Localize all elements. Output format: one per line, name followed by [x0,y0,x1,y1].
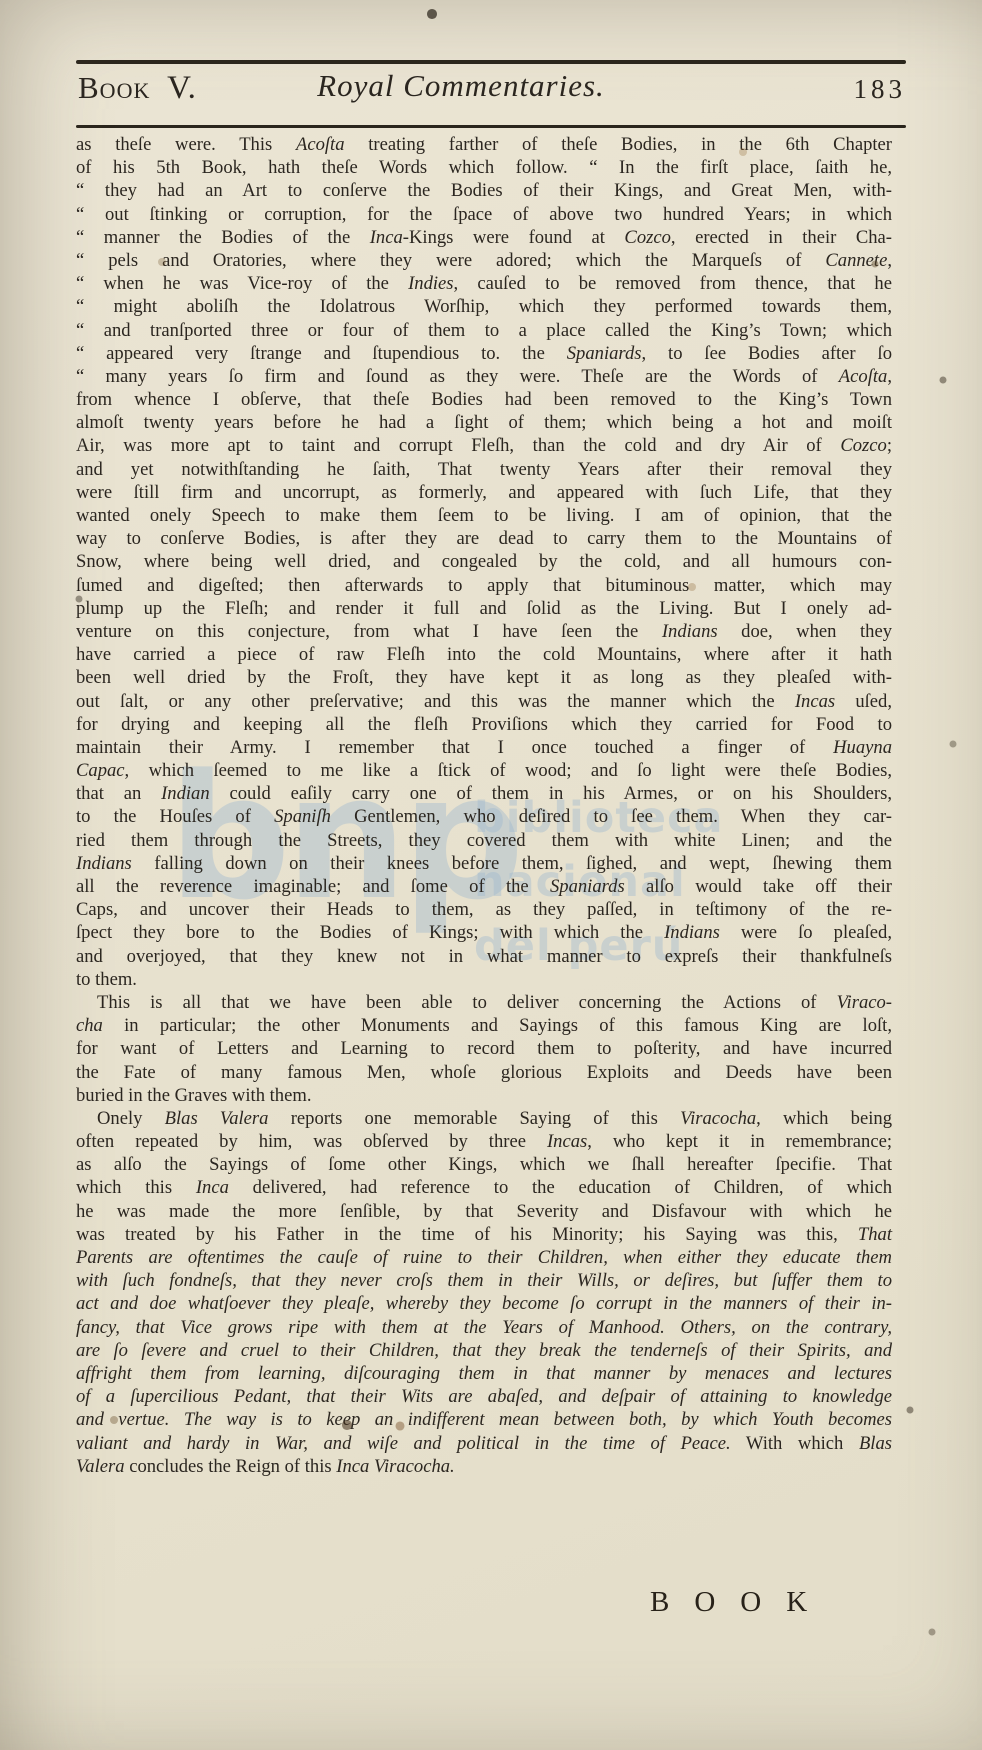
text-segment: falling down on their knees before them,… [132,853,892,874]
text-segment: all the reverence imaginable; and ſome o… [76,876,550,897]
text-segment: “ and tranſported three or four of them … [76,320,892,341]
text-line: he was made the more ſenſible, by that S… [76,1200,892,1223]
text-segment: Indians [664,922,720,943]
text-line: This is all that we have been able to de… [76,991,892,1014]
text-segment: Inca [196,1177,229,1198]
text-segment: alſo would take off their [625,876,892,897]
text-line: “ they had an Art to conſerve the Bodies… [76,179,892,202]
text-segment: valiant and hardy in War, and wiſe and p… [76,1433,731,1454]
text-segment: “ appeared very ſtrange and ſtupendious … [76,343,567,364]
text-line: for drying and keeping all the fleſh Pro… [76,713,892,736]
text-line: act and doe whatſoever they pleaſe, wher… [76,1292,892,1315]
text-segment: Parents are oftentimes the cauſe of ruin… [76,1247,892,1268]
text-line: out ſalt, or any other preſervative; and… [76,690,892,713]
text-segment: cha [76,1015,103,1036]
text-line: affright them from learning, diſcouragin… [76,1362,892,1385]
text-segment: that an [76,783,161,804]
text-segment: Blas [859,1433,892,1454]
text-segment: could eaſily carry one of them in his Ar… [210,783,892,804]
text-line: been well dried by the Froſt, they have … [76,666,892,689]
text-line: to them. [76,968,892,991]
text-segment: ſpect they bore to the Bodies of Kings; … [76,922,664,943]
text-line: wanted onely Speech to make them ſeem to… [76,504,892,527]
text-segment: plump up the Fleſh; and render it full a… [76,598,892,619]
text-line: way to conſerve Bodies, is after they ar… [76,527,892,550]
text-line: fancy, that Vice grows ripe with them at… [76,1316,892,1339]
text-line: from whence I obſerve, that theſe Bodies… [76,388,892,411]
text-segment: ried them through the Streets, they cove… [76,830,892,851]
text-line: the Fate of many famous Men, whoſe glori… [76,1061,892,1084]
text-line: was treated by his Father in the time of… [76,1223,892,1246]
text-segment: and overjoyed, that they knew not in wha… [76,946,892,967]
text-line: buried in the Graves with them. [76,1084,892,1107]
text-segment: “ when he was Vice-roy of the [76,273,408,294]
text-segment: concludes the Reign of this [125,1456,337,1477]
text-segment: “ might aboliſh the Idolatrous Worſhip, … [76,296,892,317]
text-segment: Spaniards [550,876,625,897]
text-line: almoſt twenty years before he had a ſigh… [76,411,892,434]
text-segment: , [887,366,892,387]
text-segment: fancy, that Vice grows ripe with them at… [76,1317,892,1338]
text-segment: which this [76,1177,196,1198]
text-segment: the Fate of many famous Men, whoſe glori… [76,1062,892,1083]
text-line: and vertue. The way is to keep an indiff… [76,1408,892,1431]
text-line: Caps, and uncover their Heads to them, a… [76,898,892,921]
text-segment: and yet notwithſtanding he ſaith, That t… [76,459,892,480]
text-segment: as alſo the Sayings of ſome other Kings,… [76,1154,892,1175]
text-line: “ out ſtinking or corruption, for the ſp… [76,203,892,226]
text-line: “ pels and Oratories, where they were ad… [76,249,892,272]
text-segment: This is all that we have been able to de… [97,992,837,1013]
text-line: ſumed and digeſted; then afterwards to a… [76,574,892,597]
text-segment: Spaniſh [274,806,331,827]
text-segment: -Kings were found at [403,227,625,248]
text-segment: and vertue. The way is to keep an indiff… [76,1409,892,1430]
text-segment: Cozco [624,227,670,248]
text-segment: Acoſta [839,366,888,387]
catchword: BOOK [650,1586,832,1619]
text-segment: Huayna [833,737,892,758]
text-segment: Viracocha [680,1108,756,1129]
text-segment: Indian [161,783,210,804]
text-segment: out ſalt, or any other preſervative; and… [76,691,795,712]
text-segment: Inca Viracocha. [336,1456,454,1477]
text-line: “ appeared very ſtrange and ſtupendious … [76,342,892,365]
text-segment: “ out ſtinking or corruption, for the ſp… [76,204,892,225]
text-segment: uſed, [835,691,892,712]
text-line: all the reverence imaginable; and ſome o… [76,875,892,898]
text-line: “ many years ſo firm and ſound as they w… [76,365,892,388]
text-segment: been well dried by the Froſt, they have … [76,667,892,688]
paper-specks [0,0,4,4]
text-line: which this Inca delivered, had reference… [76,1176,892,1199]
text-line: Onely Blas Valera reports one memorable … [76,1107,892,1130]
text-segment: delivered, had reference to the educatio… [229,1177,892,1198]
running-title: Royal Commentaries. [76,68,846,104]
text-segment: Cannete [825,250,887,271]
text-segment: , cauſed to be removed from thence, that… [454,273,892,294]
text-line: are ſo ſevere and cruel to their Childre… [76,1339,892,1362]
text-segment: , which being [756,1108,892,1129]
text-line: as alſo the Sayings of ſome other Kings,… [76,1153,892,1176]
text-line: Capac, which ſeemed to me like a ſtick o… [76,759,892,782]
text-segment: Capac [76,760,125,781]
text-segment: Snow, where being well dried, and congea… [76,551,892,572]
text-segment: , who kept it in remembrance; [587,1131,892,1152]
text-line: Snow, where being well dried, and congea… [76,550,892,573]
text-segment: Caps, and uncover their Heads to them, a… [76,899,892,920]
text-line: and yet notwithſtanding he ſaith, That t… [76,458,892,481]
text-line: Air, was more apt to taint and corrupt F… [76,434,892,457]
text-segment: to the Houſes of [76,806,274,827]
text-line: maintain their Army. I remember that I o… [76,736,892,759]
text-line: Valera concludes the Reign of this Inca … [76,1455,892,1478]
text-segment: wanted onely Speech to make them ſeem to… [76,505,892,526]
text-line: and overjoyed, that they knew not in wha… [76,945,892,968]
text-segment: was treated by his Father in the time of… [76,1224,858,1245]
text-line: venture on this conjecture, from what I … [76,620,892,643]
text-segment: Cozco [840,435,886,456]
text-line: often repeated by him, was obſerved by t… [76,1130,892,1153]
text-line: ſpect they bore to the Bodies of Kings; … [76,921,892,944]
text-segment: have carried a piece of raw Fleſh into t… [76,644,892,665]
text-segment: are ſo ſevere and cruel to their Childre… [76,1340,892,1361]
text-segment: treating farther of theſe Bodies, in the… [345,134,892,155]
text-line: Indians falling down on their knees befo… [76,852,892,875]
text-segment: to them. [76,969,137,990]
text-segment: Air, was more apt to taint and corrupt F… [76,435,840,456]
page-header: Book V. Royal Commentaries. 183 [76,66,906,118]
text-segment: , [887,250,892,271]
text-line: of his 5th Book, hath theſe Words which … [76,156,892,179]
text-segment: with ſuch fondneſs, that they never croſ… [76,1270,892,1291]
header-top-rule [76,60,906,64]
text-segment: Spaniards [567,343,642,364]
text-segment: often repeated by him, was obſerved by t… [76,1131,547,1152]
text-line: were ſtill firm and uncorrupt, as former… [76,481,892,504]
text-segment: of his 5th Book, hath theſe Words which … [76,157,892,178]
text-segment: affright them from learning, diſcouragin… [76,1363,892,1384]
header-bottom-rule [76,125,906,128]
text-segment: ; [887,435,892,456]
text-segment: Gentlemen, who deſired to ſee them. When… [331,806,892,827]
text-line: “ and tranſported three or four of them … [76,319,892,342]
text-segment: were ſtill firm and uncorrupt, as former… [76,482,892,503]
text-segment: were ſo pleaſed, [720,922,892,943]
text-segment: Inca [370,227,403,248]
page-number: 183 [854,74,907,105]
text-line: plump up the Fleſh; and render it full a… [76,597,892,620]
text-segment: for drying and keeping all the fleſh Pro… [76,714,892,735]
text-line: to the Houſes of Spaniſh Gentlemen, who … [76,805,892,828]
text-segment: way to conſerve Bodies, is after they ar… [76,528,892,549]
text-line: as theſe were. This Acoſta treating fart… [76,133,892,156]
text-segment: buried in the Graves with them. [76,1085,311,1106]
text-segment: Incas [547,1131,587,1152]
text-line: with ſuch fondneſs, that they never croſ… [76,1269,892,1292]
text-line: “ might aboliſh the Idolatrous Worſhip, … [76,295,892,318]
text-line: cha in particular; the other Monuments a… [76,1014,892,1037]
text-segment: of a ſupercilious Pedant, that their Wit… [76,1386,892,1407]
text-line: for want of Letters and Learning to reco… [76,1037,892,1060]
text-segment: “ they had an Art to conſerve the Bodies… [76,180,892,201]
text-segment: “ manner the Bodies of the [76,227,370,248]
text-segment: , to ſee Bodies after ſo [641,343,892,364]
text-segment: , which ſeemed to me like a ſtick of woo… [125,760,892,781]
text-segment: for want of Letters and Learning to reco… [76,1038,892,1059]
text-line: valiant and hardy in War, and wiſe and p… [76,1432,892,1455]
text-segment: Valera [76,1456,125,1477]
text-segment: “ many years ſo firm and ſound as they w… [76,366,839,387]
text-line: ried them through the Streets, they cove… [76,829,892,852]
text-line: “ when he was Vice-roy of the Indies, ca… [76,272,892,295]
text-segment: Indies [408,273,453,294]
text-segment: “ pels and Oratories, where they were ad… [76,250,825,271]
text-segment: ſumed and digeſted; then afterwards to a… [76,575,892,596]
text-segment: Viraco- [837,992,892,1013]
text-segment: Onely [97,1108,165,1129]
text-segment: venture on this conjecture, from what I … [76,621,662,642]
book-page: bnp biblioteca nacional del perú Book V.… [0,0,982,1750]
text-segment: from whence I obſerve, that theſe Bodies… [76,389,892,410]
text-segment: Indians [662,621,718,642]
text-segment: reports one memorable Saying of this [268,1108,680,1129]
body-text: as theſe were. This Acoſta treating fart… [76,133,892,1478]
text-line: “ manner the Bodies of the Inca-Kings we… [76,226,892,249]
text-segment: With which [731,1433,859,1454]
text-segment: doe, when they [718,621,892,642]
text-segment: Indians [76,853,132,874]
text-line: of a ſupercilious Pedant, that their Wit… [76,1385,892,1408]
text-segment: , erected in their Cha- [671,227,892,248]
text-segment: Acoſta [296,134,345,155]
text-line: Parents are oftentimes the cauſe of ruin… [76,1246,892,1269]
text-segment: Incas [795,691,835,712]
text-line: have carried a piece of raw Fleſh into t… [76,643,892,666]
text-segment: as theſe were. This [76,134,296,155]
text-segment: almoſt twenty years before he had a ſigh… [76,412,892,433]
text-segment: Blas Valera [165,1108,269,1129]
text-segment: maintain their Army. I remember that I o… [76,737,833,758]
text-segment: That [858,1224,892,1245]
text-line: that an Indian could eaſily carry one of… [76,782,892,805]
text-segment: he was made the more ſenſible, by that S… [76,1201,892,1222]
text-segment: in particular; the other Monuments and S… [103,1015,892,1036]
text-segment: act and doe whatſoever they pleaſe, wher… [76,1293,892,1314]
